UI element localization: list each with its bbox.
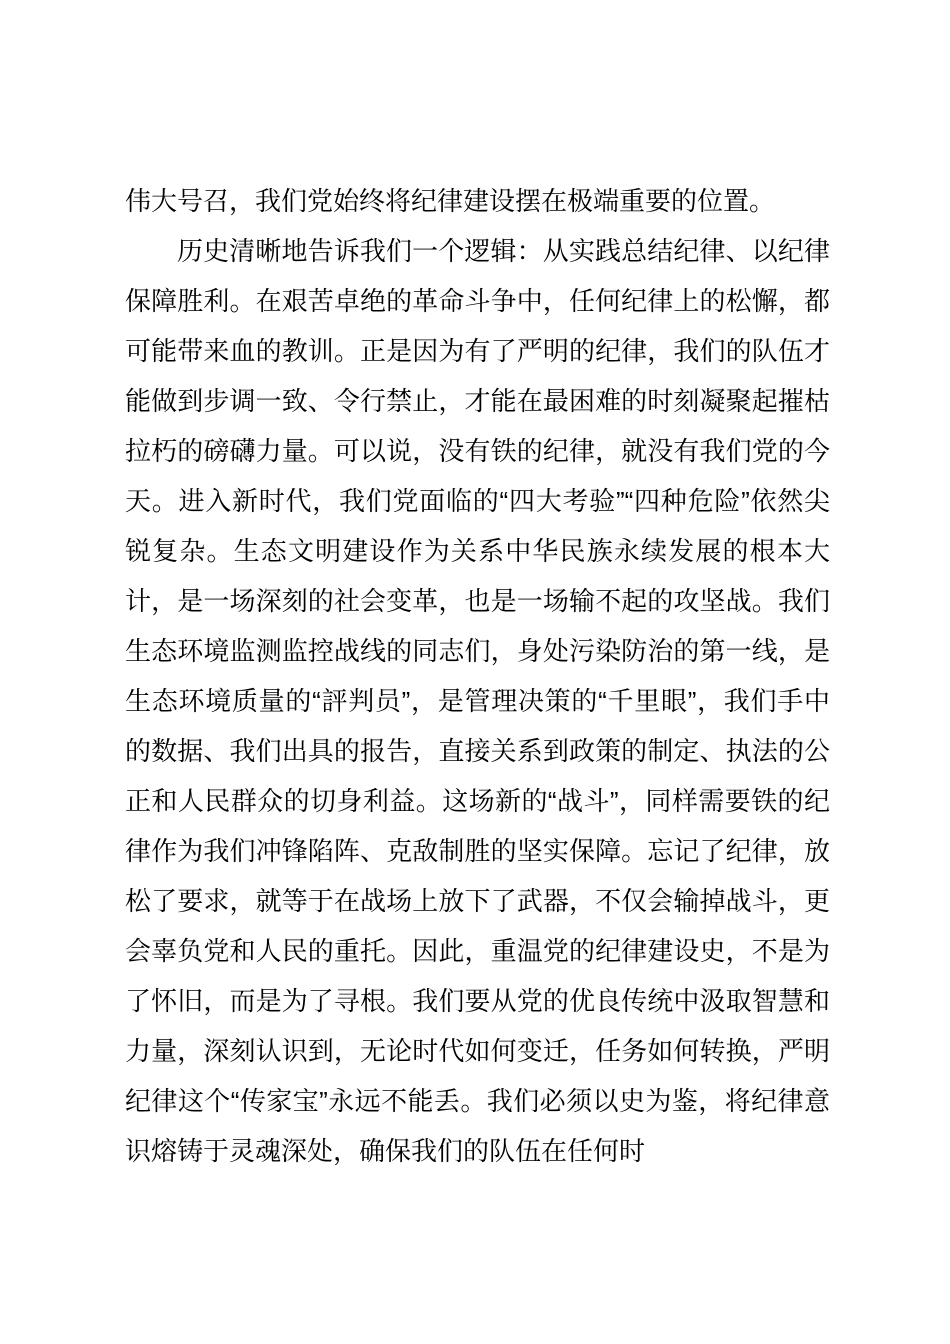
paragraph-main: 历史清晰地告诉我们一个逻辑：从实践总结纪律、以纪律保障胜利。在艰苦卓绝的革命斗争… xyxy=(125,226,830,1176)
paragraph-continuation: 伟大号召，我们党始终将纪律建设摆在极端重要的位置。 xyxy=(125,176,830,226)
document-body-text: 伟大号召，我们党始终将纪律建设摆在极端重要的位置。 历史清晰地告诉我们一个逻辑：… xyxy=(125,176,830,1176)
document-page: 伟大号召，我们党始终将纪律建设摆在极端重要的位置。 历史清晰地告诉我们一个逻辑：… xyxy=(0,0,950,1344)
